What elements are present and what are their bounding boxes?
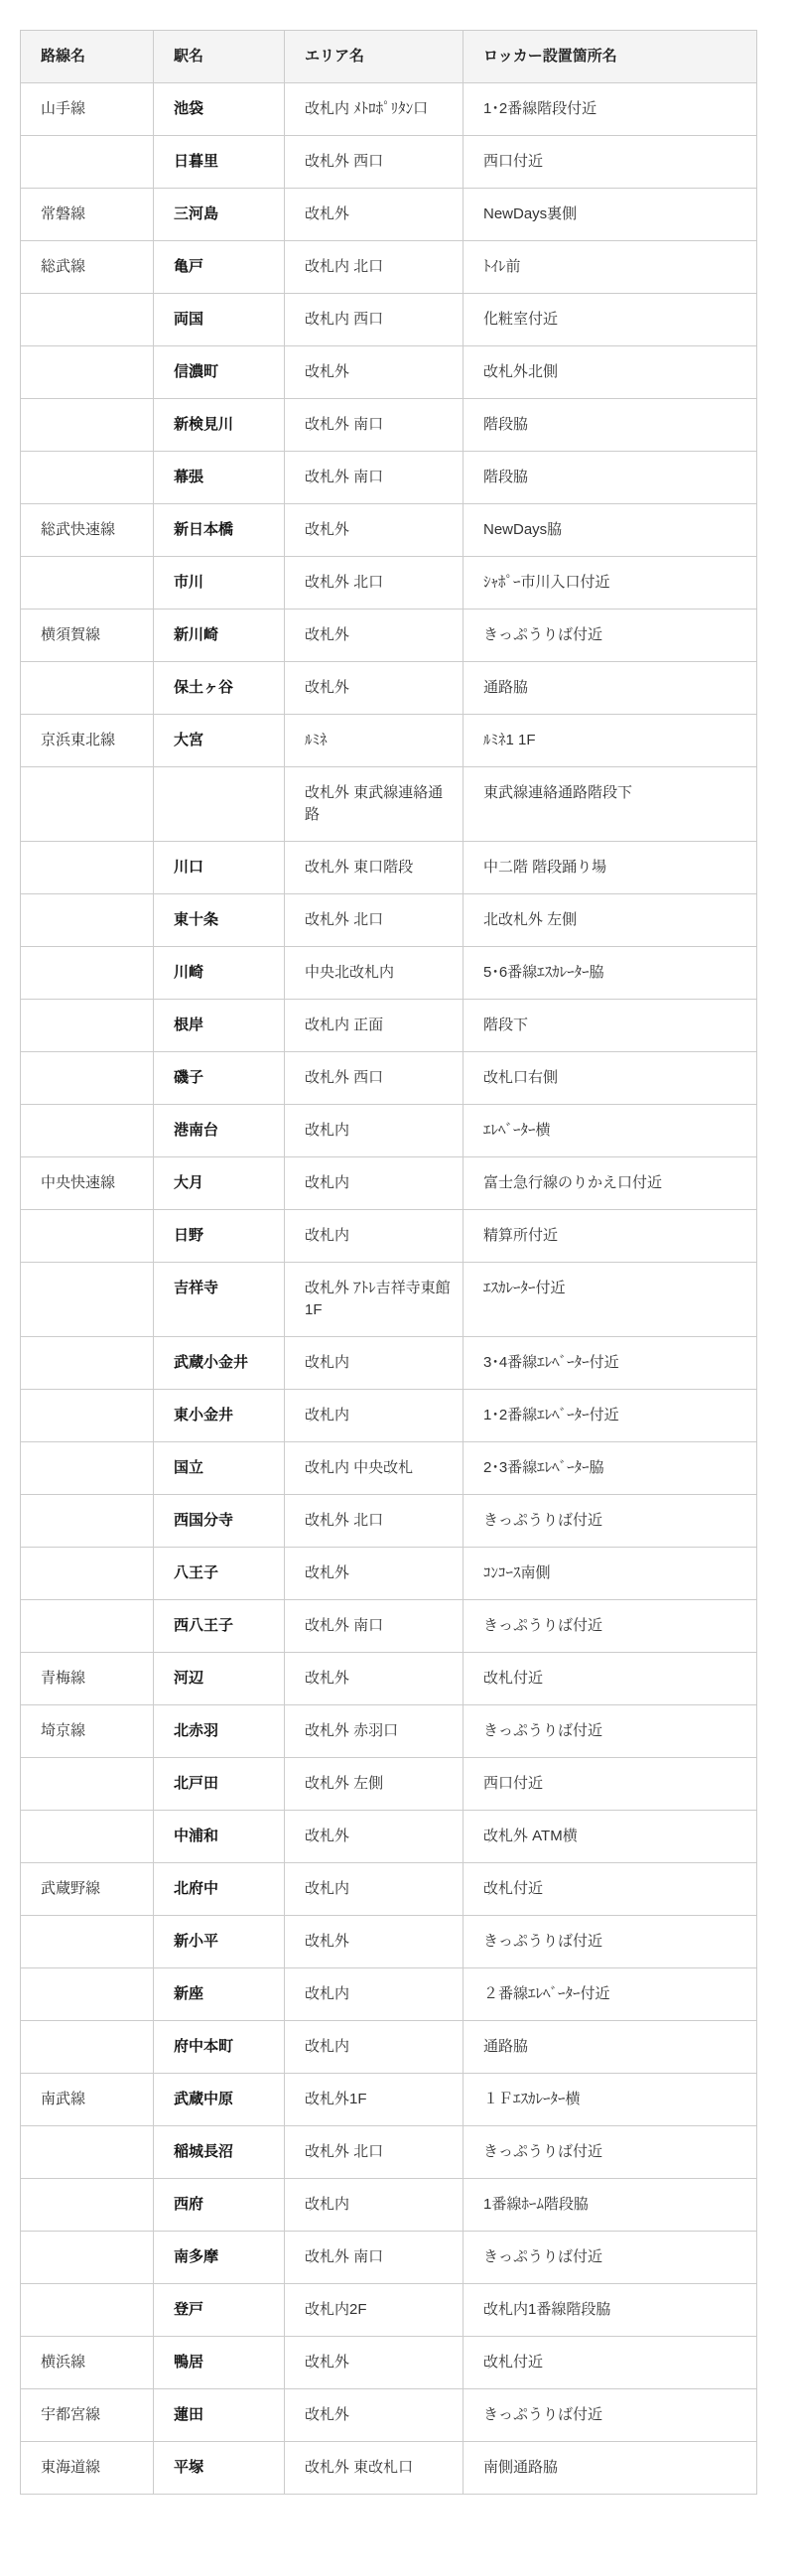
locker-location-cell: ２番線ｴﾚﾍﾞｰﾀｰ付近 bbox=[463, 1968, 757, 2021]
line-name-cell: 武蔵野線 bbox=[21, 1863, 154, 1916]
area-name-cell: 改札内 bbox=[285, 1968, 463, 2021]
table-row: 東海道線 平塚 改札外 東改札口 南側通路脇 bbox=[21, 2442, 757, 2495]
line-name-cell bbox=[21, 1600, 154, 1653]
line-name-cell: 宇都宮線 bbox=[21, 2389, 154, 2442]
locker-location-cell: きっぷうりば付近 bbox=[463, 2126, 757, 2179]
line-name-cell bbox=[21, 1263, 154, 1337]
station-name-cell: 西国分寺 bbox=[154, 1495, 285, 1548]
station-name-cell: 大月 bbox=[154, 1157, 285, 1210]
line-name-cell bbox=[21, 452, 154, 504]
table-row: 西府 改札内 1番線ﾎｰﾑ階段脇 bbox=[21, 2179, 757, 2232]
locker-location-cell: 西口付近 bbox=[463, 136, 757, 189]
table-row: 東小金井 改札内 1･2番線ｴﾚﾍﾞｰﾀｰ付近 bbox=[21, 1390, 757, 1442]
line-name-cell bbox=[21, 2284, 154, 2337]
line-name-cell bbox=[21, 1052, 154, 1105]
line-name-cell: 東海道線 bbox=[21, 2442, 154, 2495]
area-name-cell: 改札外 南口 bbox=[285, 452, 463, 504]
station-name-cell: 新座 bbox=[154, 1968, 285, 2021]
area-name-cell: 改札外 bbox=[285, 504, 463, 557]
station-name-cell: 保土ヶ谷 bbox=[154, 662, 285, 715]
locker-location-cell: 改札付近 bbox=[463, 1653, 757, 1705]
area-name-cell: 改札外 bbox=[285, 346, 463, 399]
table-row: 吉祥寺 改札外 ｱﾄﾚ吉祥寺東館1F ｴｽｶﾚｰﾀｰ付近 bbox=[21, 1263, 757, 1337]
locker-location-cell: 2･3番線ｴﾚﾍﾞｰﾀｰ脇 bbox=[463, 1442, 757, 1495]
locker-location-cell: きっぷうりば付近 bbox=[463, 1495, 757, 1548]
line-name-cell: 京浜東北線 bbox=[21, 715, 154, 767]
table-row: 中央快速線 大月 改札内 富士急行線のりかえ口付近 bbox=[21, 1157, 757, 1210]
area-name-cell: 改札外 bbox=[285, 2389, 463, 2442]
column-header-area-name: エリア名 bbox=[285, 31, 463, 83]
locker-location-cell: 南側通路脇 bbox=[463, 2442, 757, 2495]
station-name-cell: 両国 bbox=[154, 294, 285, 346]
station-name-cell: 北府中 bbox=[154, 1863, 285, 1916]
area-name-cell: 改札外 西口 bbox=[285, 1052, 463, 1105]
line-name-cell bbox=[21, 1105, 154, 1157]
station-name-cell: 新日本橋 bbox=[154, 504, 285, 557]
area-name-cell: 改札外 東武線連絡通路 bbox=[285, 767, 463, 842]
line-name-cell: 横須賀線 bbox=[21, 610, 154, 662]
locker-location-cell: 富士急行線のりかえ口付近 bbox=[463, 1157, 757, 1210]
locker-location-cell: きっぷうりば付近 bbox=[463, 1705, 757, 1758]
station-name-cell: 中浦和 bbox=[154, 1811, 285, 1863]
station-name-cell: 幕張 bbox=[154, 452, 285, 504]
table-row: 横浜線 鴨居 改札外 改札付近 bbox=[21, 2337, 757, 2389]
table-row: 武蔵野線 北府中 改札内 改札付近 bbox=[21, 1863, 757, 1916]
locker-location-cell: 東武線連絡通路階段下 bbox=[463, 767, 757, 842]
station-name-cell: 鴨居 bbox=[154, 2337, 285, 2389]
locker-location-cell: NewDays裏側 bbox=[463, 189, 757, 241]
line-name-cell bbox=[21, 399, 154, 452]
table-row: 常磐線 三河島 改札外 NewDays裏側 bbox=[21, 189, 757, 241]
station-name-cell: 新小平 bbox=[154, 1916, 285, 1968]
table-row: 西国分寺 改札外 北口 きっぷうりば付近 bbox=[21, 1495, 757, 1548]
area-name-cell: ﾙﾐﾈ bbox=[285, 715, 463, 767]
area-name-cell: 改札外 bbox=[285, 610, 463, 662]
line-name-cell bbox=[21, 2179, 154, 2232]
locker-location-cell: きっぷうりば付近 bbox=[463, 1916, 757, 1968]
area-name-cell: 改札内 bbox=[285, 1337, 463, 1390]
area-name-cell: 中央北改札内 bbox=[285, 947, 463, 1000]
table-row: 東十条 改札外 北口 北改札外 左側 bbox=[21, 894, 757, 947]
table-row: 両国 改札内 西口 化粧室付近 bbox=[21, 294, 757, 346]
station-name-cell: 西八王子 bbox=[154, 1600, 285, 1653]
station-name-cell: 吉祥寺 bbox=[154, 1263, 285, 1337]
area-name-cell: 改札内 ﾒﾄﾛﾎﾟﾘﾀﾝ口 bbox=[285, 83, 463, 136]
table-row: 磯子 改札外 西口 改札口右側 bbox=[21, 1052, 757, 1105]
locker-location-cell: 精算所付近 bbox=[463, 1210, 757, 1263]
locker-location-cell: きっぷうりば付近 bbox=[463, 1600, 757, 1653]
table-row: 青梅線 河辺 改札外 改札付近 bbox=[21, 1653, 757, 1705]
line-name-cell: 山手線 bbox=[21, 83, 154, 136]
area-name-cell: 改札外 bbox=[285, 2337, 463, 2389]
locker-location-cell: 1･2番線ｴﾚﾍﾞｰﾀｰ付近 bbox=[463, 1390, 757, 1442]
header-row: 路線名 駅名 エリア名 ロッカー設置箇所名 bbox=[21, 31, 757, 83]
line-name-cell bbox=[21, 842, 154, 894]
station-name-cell bbox=[154, 767, 285, 842]
column-header-station-name: 駅名 bbox=[154, 31, 285, 83]
table-row: 稲城長沼 改札外 北口 きっぷうりば付近 bbox=[21, 2126, 757, 2179]
area-name-cell: 改札外 南口 bbox=[285, 2232, 463, 2284]
area-name-cell: 改札内 bbox=[285, 1863, 463, 1916]
line-name-cell bbox=[21, 2232, 154, 2284]
area-name-cell: 改札外 北口 bbox=[285, 2126, 463, 2179]
station-name-cell: 磯子 bbox=[154, 1052, 285, 1105]
station-name-cell: 南多摩 bbox=[154, 2232, 285, 2284]
line-name-cell: 埼京線 bbox=[21, 1705, 154, 1758]
area-name-cell: 改札外 左側 bbox=[285, 1758, 463, 1811]
line-name-cell bbox=[21, 767, 154, 842]
station-name-cell: 川口 bbox=[154, 842, 285, 894]
station-name-cell: 登戸 bbox=[154, 2284, 285, 2337]
table-row: 港南台 改札内 ｴﾚﾍﾞｰﾀｰ横 bbox=[21, 1105, 757, 1157]
station-name-cell: 日野 bbox=[154, 1210, 285, 1263]
locker-location-cell: ﾙﾐﾈ1 1F bbox=[463, 715, 757, 767]
line-name-cell bbox=[21, 294, 154, 346]
table-row: 北戸田 改札外 左側 西口付近 bbox=[21, 1758, 757, 1811]
area-name-cell: 改札内 bbox=[285, 1157, 463, 1210]
line-name-cell bbox=[21, 894, 154, 947]
column-header-locker-location-name: ロッカー設置箇所名 bbox=[463, 31, 757, 83]
line-name-cell: 横浜線 bbox=[21, 2337, 154, 2389]
area-name-cell: 改札内 bbox=[285, 1390, 463, 1442]
table-row: 八王子 改札外 ｺﾝｺｰｽ南側 bbox=[21, 1548, 757, 1600]
table-row: 国立 改札内 中央改札 2･3番線ｴﾚﾍﾞｰﾀｰ脇 bbox=[21, 1442, 757, 1495]
line-name-cell: 常磐線 bbox=[21, 189, 154, 241]
station-name-cell: 信濃町 bbox=[154, 346, 285, 399]
area-name-cell: 改札外1F bbox=[285, 2074, 463, 2126]
table-row: 新座 改札内 ２番線ｴﾚﾍﾞｰﾀｰ付近 bbox=[21, 1968, 757, 2021]
locker-location-cell: 通路脇 bbox=[463, 2021, 757, 2074]
line-name-cell bbox=[21, 1548, 154, 1600]
locker-location-cell: １Ｆｴｽｶﾚｰﾀｰ横 bbox=[463, 2074, 757, 2126]
station-name-cell: 新川崎 bbox=[154, 610, 285, 662]
station-name-cell: 大宮 bbox=[154, 715, 285, 767]
table-header: 路線名 駅名 エリア名 ロッカー設置箇所名 bbox=[21, 31, 757, 83]
area-name-cell: 改札外 ｱﾄﾚ吉祥寺東館1F bbox=[285, 1263, 463, 1337]
station-name-cell: 市川 bbox=[154, 557, 285, 610]
page: 路線名 駅名 エリア名 ロッカー設置箇所名 山手線 池袋 改札内 ﾒﾄﾛﾎﾟﾘﾀ… bbox=[0, 0, 794, 2576]
table-row: 川口 改札外 東口階段 中二階 階段踊り場 bbox=[21, 842, 757, 894]
locker-location-cell: ｼｬﾎﾟｰ市川入口付近 bbox=[463, 557, 757, 610]
column-header-line-name: 路線名 bbox=[21, 31, 154, 83]
table-row: 宇都宮線 蓮田 改札外 きっぷうりば付近 bbox=[21, 2389, 757, 2442]
locker-location-cell: ｴﾚﾍﾞｰﾀｰ横 bbox=[463, 1105, 757, 1157]
table-row: 川崎 中央北改札内 5･6番線ｴｽｶﾚｰﾀｰ脇 bbox=[21, 947, 757, 1000]
table-row: 南武線 武蔵中原 改札外1F １Ｆｴｽｶﾚｰﾀｰ横 bbox=[21, 2074, 757, 2126]
station-name-cell: 平塚 bbox=[154, 2442, 285, 2495]
locker-table-container: 路線名 駅名 エリア名 ロッカー設置箇所名 山手線 池袋 改札内 ﾒﾄﾛﾎﾟﾘﾀ… bbox=[0, 0, 794, 2495]
locker-location-cell: 通路脇 bbox=[463, 662, 757, 715]
line-name-cell bbox=[21, 2021, 154, 2074]
table-row: 改札外 東武線連絡通路 東武線連絡通路階段下 bbox=[21, 767, 757, 842]
line-name-cell bbox=[21, 136, 154, 189]
station-name-cell: 新検見川 bbox=[154, 399, 285, 452]
line-name-cell: 南武線 bbox=[21, 2074, 154, 2126]
table-row: 新検見川 改札外 南口 階段脇 bbox=[21, 399, 757, 452]
area-name-cell: 改札内 西口 bbox=[285, 294, 463, 346]
area-name-cell: 改札外 bbox=[285, 1916, 463, 1968]
station-name-cell: 川崎 bbox=[154, 947, 285, 1000]
station-name-cell: 池袋 bbox=[154, 83, 285, 136]
line-name-cell bbox=[21, 1210, 154, 1263]
locker-location-cell: NewDays脇 bbox=[463, 504, 757, 557]
locker-location-cell: 1番線ﾎｰﾑ階段脇 bbox=[463, 2179, 757, 2232]
table-row: 総武快速線 新日本橋 改札外 NewDays脇 bbox=[21, 504, 757, 557]
area-name-cell: 改札外 北口 bbox=[285, 894, 463, 947]
area-name-cell: 改札外 東改札口 bbox=[285, 2442, 463, 2495]
locker-location-cell: 階段脇 bbox=[463, 452, 757, 504]
area-name-cell: 改札外 bbox=[285, 1548, 463, 1600]
line-name-cell: 中央快速線 bbox=[21, 1157, 154, 1210]
locker-location-cell: 1･2番線階段付近 bbox=[463, 83, 757, 136]
line-name-cell bbox=[21, 1000, 154, 1052]
station-name-cell: 武蔵中原 bbox=[154, 2074, 285, 2126]
station-name-cell: 亀戸 bbox=[154, 241, 285, 294]
table-row: 市川 改札外 北口 ｼｬﾎﾟｰ市川入口付近 bbox=[21, 557, 757, 610]
area-name-cell: 改札内 中央改札 bbox=[285, 1442, 463, 1495]
area-name-cell: 改札外 北口 bbox=[285, 557, 463, 610]
line-name-cell bbox=[21, 1758, 154, 1811]
station-name-cell: 武蔵小金井 bbox=[154, 1337, 285, 1390]
locker-location-cell: 北改札外 左側 bbox=[463, 894, 757, 947]
line-name-cell: 総武快速線 bbox=[21, 504, 154, 557]
line-name-cell bbox=[21, 1811, 154, 1863]
station-name-cell: 府中本町 bbox=[154, 2021, 285, 2074]
table-row: 幕張 改札外 南口 階段脇 bbox=[21, 452, 757, 504]
table-row: 府中本町 改札内 通路脇 bbox=[21, 2021, 757, 2074]
line-name-cell bbox=[21, 947, 154, 1000]
station-name-cell: 西府 bbox=[154, 2179, 285, 2232]
area-name-cell: 改札外 北口 bbox=[285, 1495, 463, 1548]
area-name-cell: 改札内 bbox=[285, 2179, 463, 2232]
area-name-cell: 改札外 赤羽口 bbox=[285, 1705, 463, 1758]
line-name-cell bbox=[21, 662, 154, 715]
locker-location-cell: ｴｽｶﾚｰﾀｰ付近 bbox=[463, 1263, 757, 1337]
line-name-cell bbox=[21, 1442, 154, 1495]
area-name-cell: 改札内 bbox=[285, 1105, 463, 1157]
table-body: 山手線 池袋 改札内 ﾒﾄﾛﾎﾟﾘﾀﾝ口 1･2番線階段付近 日暮里 改札外 西… bbox=[21, 83, 757, 2495]
table-row: 京浜東北線 大宮 ﾙﾐﾈ ﾙﾐﾈ1 1F bbox=[21, 715, 757, 767]
locker-location-cell: 階段脇 bbox=[463, 399, 757, 452]
locker-location-table: 路線名 駅名 エリア名 ロッカー設置箇所名 山手線 池袋 改札内 ﾒﾄﾛﾎﾟﾘﾀ… bbox=[20, 30, 757, 2495]
table-row: 日野 改札内 精算所付近 bbox=[21, 1210, 757, 1263]
locker-location-cell: ｺﾝｺｰｽ南側 bbox=[463, 1548, 757, 1600]
table-row: 山手線 池袋 改札内 ﾒﾄﾛﾎﾟﾘﾀﾝ口 1･2番線階段付近 bbox=[21, 83, 757, 136]
table-row: 総武線 亀戸 改札内 北口 ﾄｲﾚ前 bbox=[21, 241, 757, 294]
locker-location-cell: 階段下 bbox=[463, 1000, 757, 1052]
area-name-cell: 改札外 西口 bbox=[285, 136, 463, 189]
station-name-cell: 日暮里 bbox=[154, 136, 285, 189]
line-name-cell bbox=[21, 346, 154, 399]
table-row: 登戸 改札内2F 改札内1番線階段脇 bbox=[21, 2284, 757, 2337]
area-name-cell: 改札外 南口 bbox=[285, 399, 463, 452]
locker-location-cell: ﾄｲﾚ前 bbox=[463, 241, 757, 294]
station-name-cell: 港南台 bbox=[154, 1105, 285, 1157]
locker-location-cell: きっぷうりば付近 bbox=[463, 2232, 757, 2284]
line-name-cell bbox=[21, 1916, 154, 1968]
station-name-cell: 河辺 bbox=[154, 1653, 285, 1705]
table-row: 埼京線 北赤羽 改札外 赤羽口 きっぷうりば付近 bbox=[21, 1705, 757, 1758]
area-name-cell: 改札外 bbox=[285, 662, 463, 715]
locker-location-cell: 5･6番線ｴｽｶﾚｰﾀｰ脇 bbox=[463, 947, 757, 1000]
locker-location-cell: 改札付近 bbox=[463, 1863, 757, 1916]
station-name-cell: 北戸田 bbox=[154, 1758, 285, 1811]
table-row: 新小平 改札外 きっぷうりば付近 bbox=[21, 1916, 757, 1968]
locker-location-cell: 改札付近 bbox=[463, 2337, 757, 2389]
station-name-cell: 国立 bbox=[154, 1442, 285, 1495]
area-name-cell: 改札外 bbox=[285, 189, 463, 241]
table-row: 根岸 改札内 正面 階段下 bbox=[21, 1000, 757, 1052]
area-name-cell: 改札内 bbox=[285, 2021, 463, 2074]
station-name-cell: 蓮田 bbox=[154, 2389, 285, 2442]
table-row: 信濃町 改札外 改札外北側 bbox=[21, 346, 757, 399]
table-row: 横須賀線 新川崎 改札外 きっぷうりば付近 bbox=[21, 610, 757, 662]
locker-location-cell: 化粧室付近 bbox=[463, 294, 757, 346]
locker-location-cell: 改札外北側 bbox=[463, 346, 757, 399]
locker-location-cell: きっぷうりば付近 bbox=[463, 610, 757, 662]
area-name-cell: 改札内2F bbox=[285, 2284, 463, 2337]
area-name-cell: 改札外 bbox=[285, 1811, 463, 1863]
table-row: 日暮里 改札外 西口 西口付近 bbox=[21, 136, 757, 189]
locker-location-cell: 西口付近 bbox=[463, 1758, 757, 1811]
line-name-cell: 総武線 bbox=[21, 241, 154, 294]
station-name-cell: 根岸 bbox=[154, 1000, 285, 1052]
station-name-cell: 八王子 bbox=[154, 1548, 285, 1600]
line-name-cell bbox=[21, 1337, 154, 1390]
table-row: 武蔵小金井 改札内 3･4番線ｴﾚﾍﾞｰﾀｰ付近 bbox=[21, 1337, 757, 1390]
station-name-cell: 北赤羽 bbox=[154, 1705, 285, 1758]
line-name-cell bbox=[21, 1968, 154, 2021]
area-name-cell: 改札内 北口 bbox=[285, 241, 463, 294]
area-name-cell: 改札内 正面 bbox=[285, 1000, 463, 1052]
station-name-cell: 東小金井 bbox=[154, 1390, 285, 1442]
locker-location-cell: 改札外 ATM横 bbox=[463, 1811, 757, 1863]
line-name-cell bbox=[21, 557, 154, 610]
line-name-cell bbox=[21, 1495, 154, 1548]
locker-location-cell: 中二階 階段踊り場 bbox=[463, 842, 757, 894]
locker-location-cell: きっぷうりば付近 bbox=[463, 2389, 757, 2442]
locker-location-cell: 3･4番線ｴﾚﾍﾞｰﾀｰ付近 bbox=[463, 1337, 757, 1390]
table-row: 保土ヶ谷 改札外 通路脇 bbox=[21, 662, 757, 715]
station-name-cell: 稲城長沼 bbox=[154, 2126, 285, 2179]
area-name-cell: 改札外 南口 bbox=[285, 1600, 463, 1653]
area-name-cell: 改札外 東口階段 bbox=[285, 842, 463, 894]
line-name-cell bbox=[21, 2126, 154, 2179]
table-row: 中浦和 改札外 改札外 ATM横 bbox=[21, 1811, 757, 1863]
table-row: 西八王子 改札外 南口 きっぷうりば付近 bbox=[21, 1600, 757, 1653]
station-name-cell: 三河島 bbox=[154, 189, 285, 241]
area-name-cell: 改札内 bbox=[285, 1210, 463, 1263]
locker-location-cell: 改札口右側 bbox=[463, 1052, 757, 1105]
locker-location-cell: 改札内1番線階段脇 bbox=[463, 2284, 757, 2337]
table-row: 南多摩 改札外 南口 きっぷうりば付近 bbox=[21, 2232, 757, 2284]
line-name-cell bbox=[21, 1390, 154, 1442]
station-name-cell: 東十条 bbox=[154, 894, 285, 947]
line-name-cell: 青梅線 bbox=[21, 1653, 154, 1705]
area-name-cell: 改札外 bbox=[285, 1653, 463, 1705]
